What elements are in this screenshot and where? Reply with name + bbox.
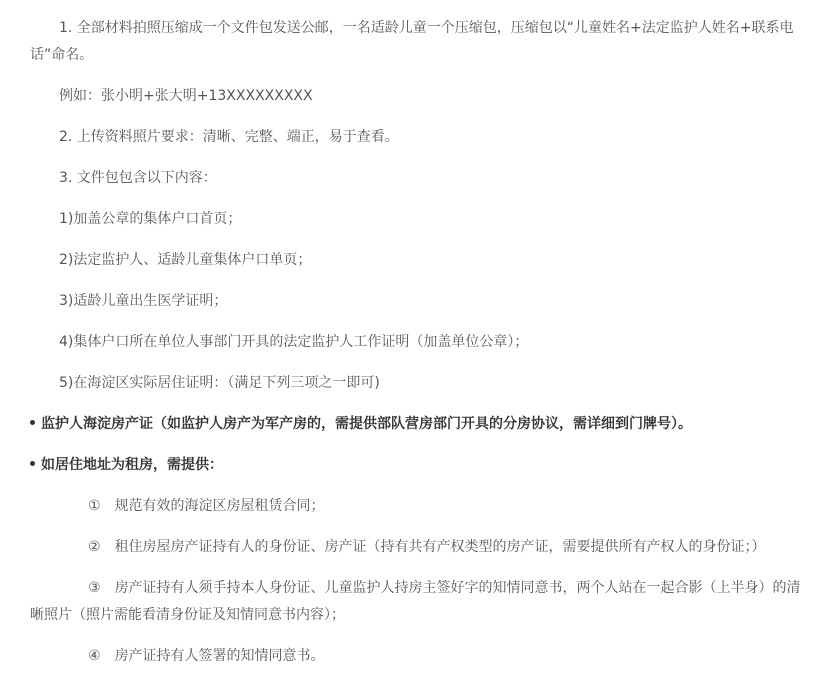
list-item-residence-proof: 5)在海淀区实际居住证明：（满足下列三项之一即可) <box>30 370 801 397</box>
list-item-household-front-page: 1)加盖公章的集体户口首页； <box>30 206 801 233</box>
bullet-dot-icon <box>30 461 35 466</box>
numbered-item-text: 规范有效的海淀区房屋租赁合同； <box>115 498 325 514</box>
circled-number-marker: ④ <box>59 643 101 670</box>
paragraph-photo-requirements: 2. 上传资料照片要求：清晰、完整、端正，易于查看。 <box>30 124 801 151</box>
circled-number-marker: ① <box>59 493 101 520</box>
numbered-item-lease-contract: ①规范有效的海淀区房屋租赁合同； <box>30 493 801 520</box>
bullet-text: 监护人海淀房产证（如监护人房产为军产房的，需提供部队营房部门开具的分房协议，需详… <box>41 416 692 432</box>
list-item-household-single-page: 2)法定监护人、适龄儿童集体户口单页； <box>30 247 801 274</box>
circled-number-marker: ③ <box>59 575 101 602</box>
numbered-item-owner-id: ②租住房屋房产证持有人的身份证、房产证（持有共有产权类型的房产证，需要提供所有产… <box>30 534 801 561</box>
numbered-item-text: 房产证持有人签署的知情同意书。 <box>115 648 325 664</box>
numbered-item-consent-form: ④房产证持有人签署的知情同意书。 <box>30 643 801 670</box>
numbered-item-text: 房产证持有人须手持本人身份证、儿童监护人持房主签好字的知情同意书，两个人站在一起… <box>30 580 801 623</box>
list-item-birth-certificate: 3)适龄儿童出生医学证明； <box>30 288 801 315</box>
paragraph-package-contents: 3. 文件包包含以下内容： <box>30 165 801 192</box>
circled-number-marker: ② <box>59 534 101 561</box>
list-item-work-certificate: 4)集体户口所在单位人事部门开具的法定监护人工作证明（加盖单位公章）； <box>30 329 801 356</box>
numbered-item-group-photo: ③房产证持有人须手持本人身份证、儿童监护人持房主签好字的知情同意书，两个人站在一… <box>30 575 801 629</box>
bullet-item-rental: 如居住地址为租房，需提供： <box>30 452 801 479</box>
article-body: 1. 全部材料拍照压缩成一个文件包发送公邮，一名适龄儿童一个压缩包，压缩包以“儿… <box>0 0 821 670</box>
paragraph-example: 例如：张小明+张大明+13XXXXXXXXX <box>30 83 801 110</box>
bullet-dot-icon <box>30 420 35 425</box>
paragraph-naming-rule: 1. 全部材料拍照压缩成一个文件包发送公邮，一名适龄儿童一个压缩包，压缩包以“儿… <box>30 15 801 69</box>
bullet-text: 如居住地址为租房，需提供： <box>41 457 223 473</box>
numbered-item-text: 租住房屋房产证持有人的身份证、房产证（持有共有产权类型的房产证，需要提供所有产权… <box>115 539 766 555</box>
bullet-item-property-certificate: 监护人海淀房产证（如监护人房产为军产房的，需提供部队营房部门开具的分房协议，需详… <box>30 411 801 438</box>
